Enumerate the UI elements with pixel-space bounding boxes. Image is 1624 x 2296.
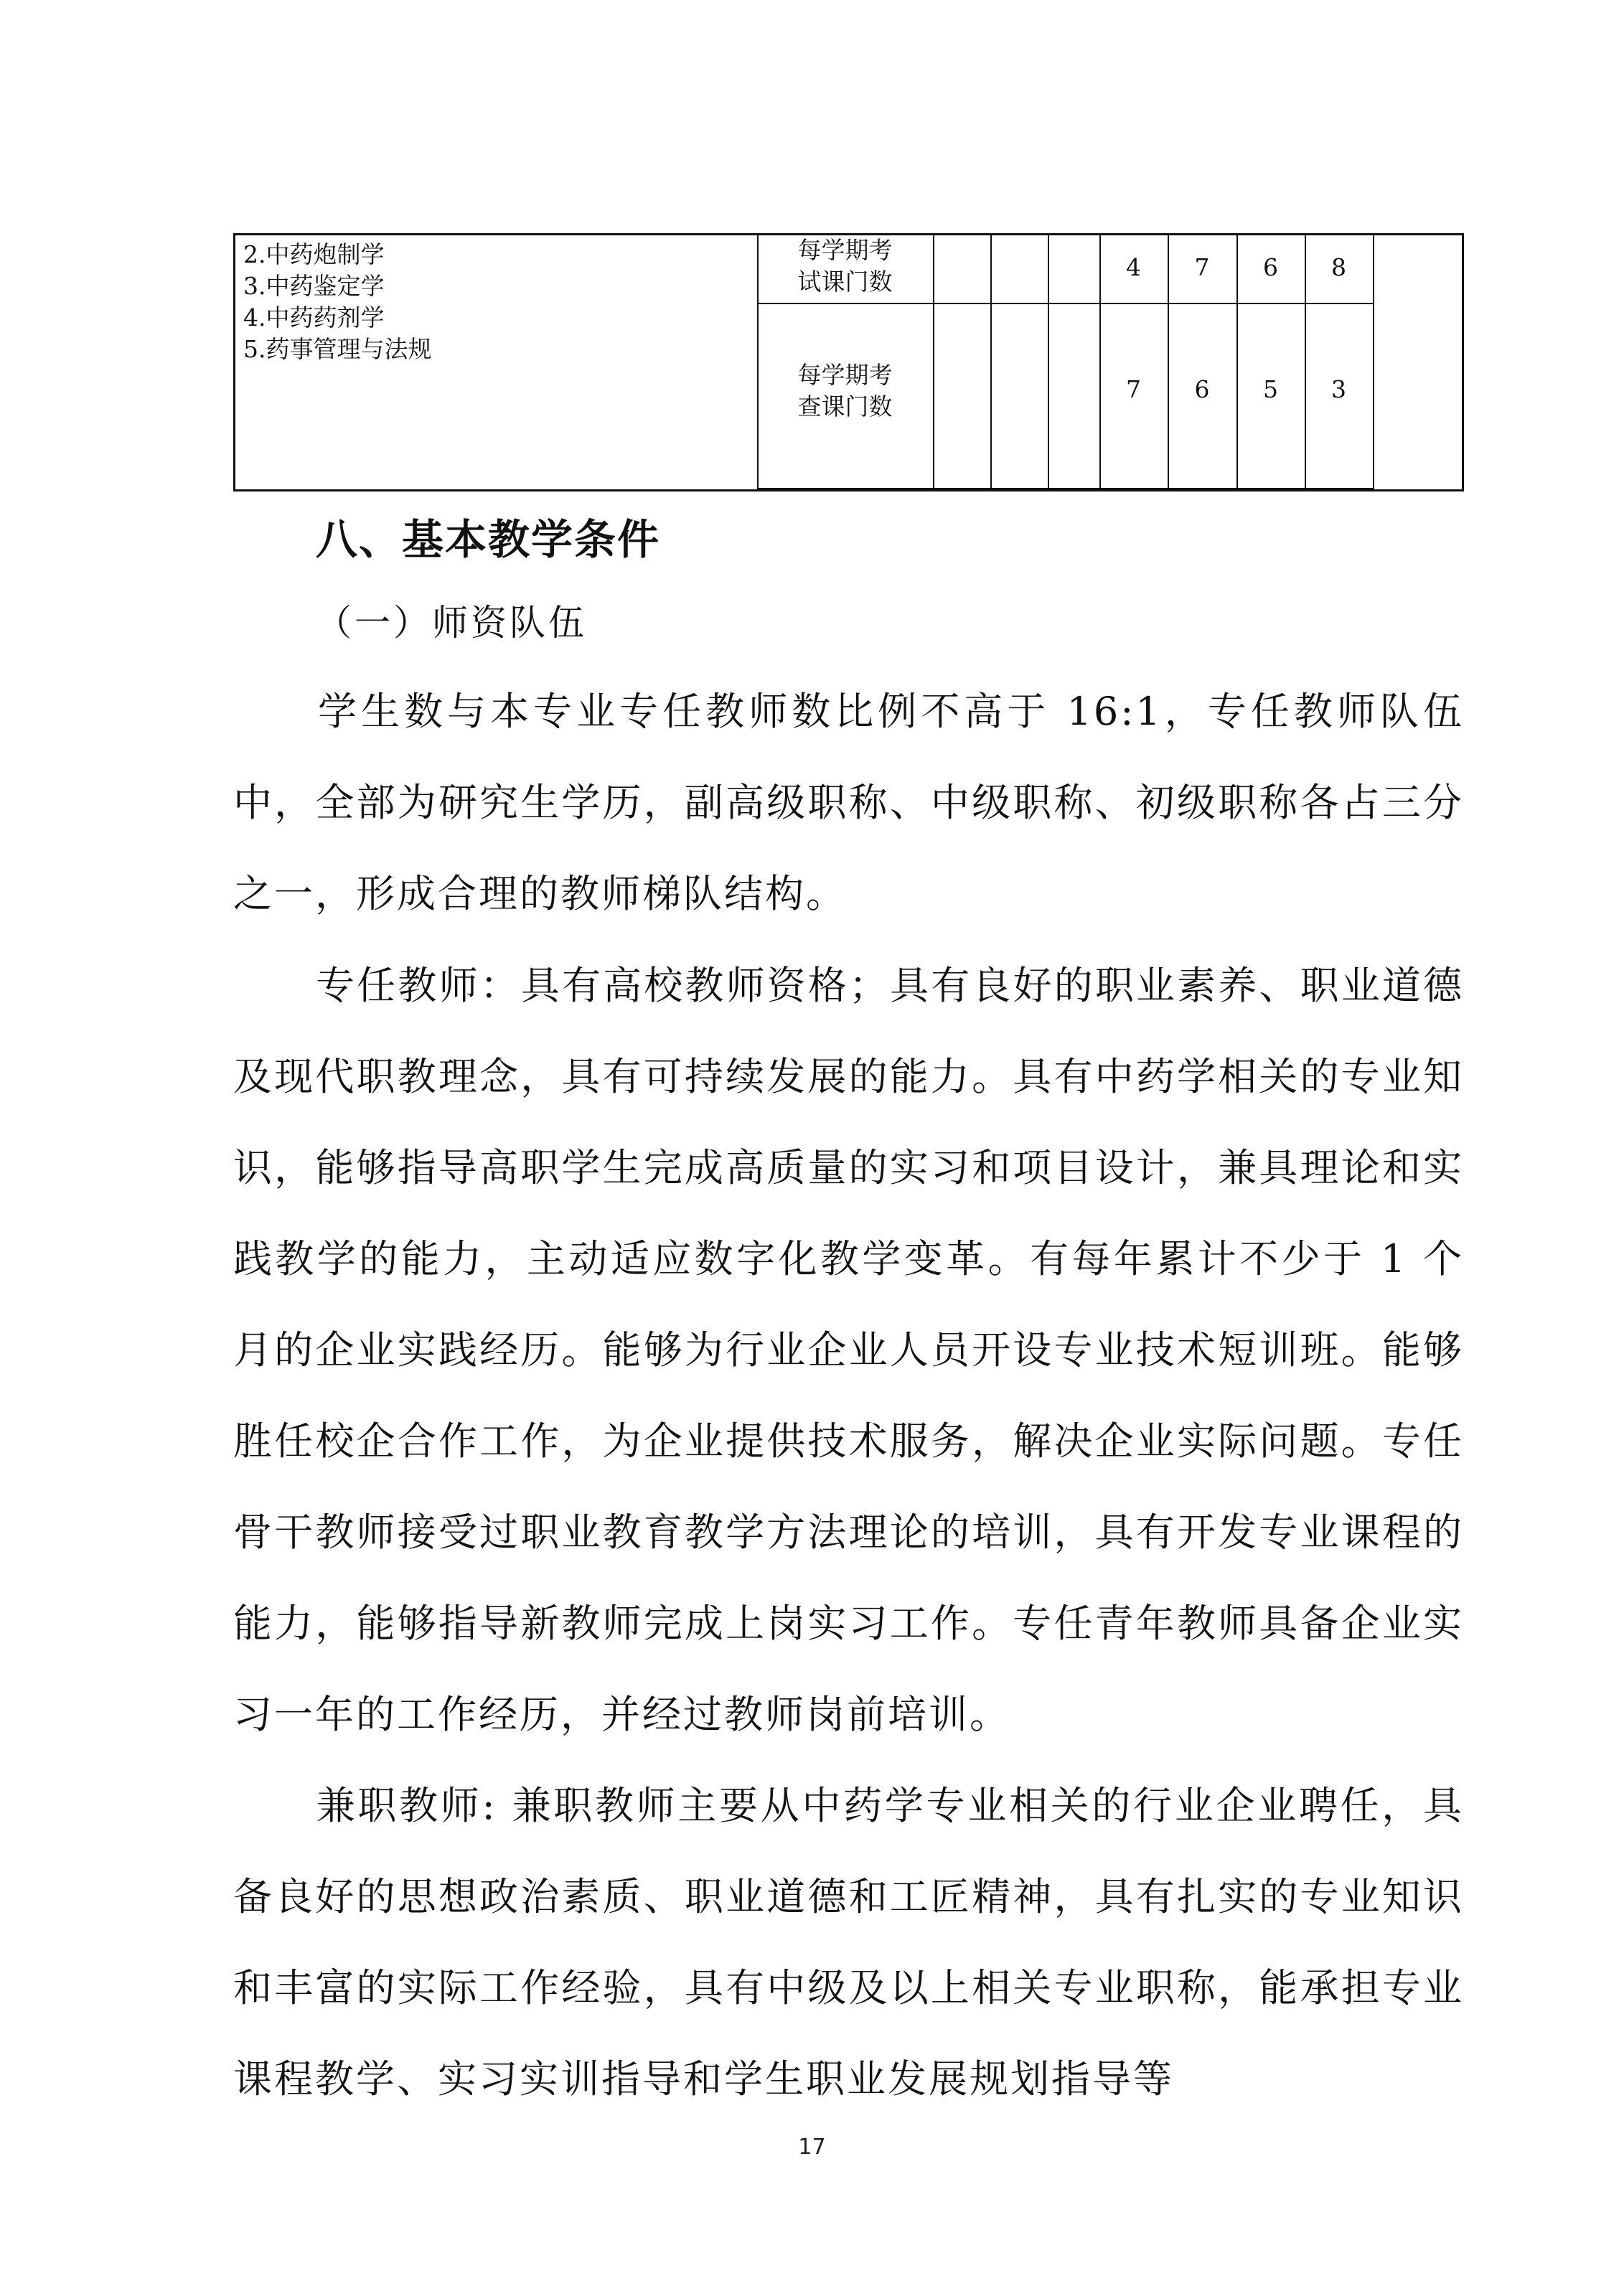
- course-item: 4.中药药剂学: [243, 302, 432, 334]
- section-heading: 八、基本教学条件: [316, 506, 660, 566]
- paragraph-full-time-teachers: 专任教师：具有高校教师资格；具有良好的职业素养、职业道德及现代职教理念，具有可持…: [233, 940, 1464, 1760]
- subsection-heading: （一）师资队伍: [316, 594, 587, 646]
- page-number: 17: [0, 2135, 1624, 2160]
- column-divider: [933, 233, 934, 491]
- table-cell: 8: [1305, 253, 1373, 281]
- column-divider: [990, 233, 992, 491]
- course-list-cell: 2.中药炮制学3.中药鉴定学4.中药药剂学5.药事管理与法规: [243, 239, 432, 365]
- table-cell: 7: [1099, 375, 1168, 403]
- table-cell: 3: [1305, 375, 1373, 403]
- row-divider: [757, 303, 1374, 304]
- column-divider: [1373, 233, 1374, 491]
- row-bottom-border: [757, 488, 1374, 491]
- course-item: 3.中药鉴定学: [243, 270, 432, 302]
- paragraph-part-time-teachers: 兼职教师: 兼职教师主要从中药学专业相关的行业企业聘任，具备良好的思想政治素质、…: [233, 1760, 1464, 2125]
- table-cell: 4: [1099, 253, 1168, 281]
- course-item: 2.中药炮制学: [243, 239, 432, 270]
- paragraph-teacher-ratio: 学生数与本专业专任教师数比例不高于 16:1，专任教师队伍中，全部为研究生学历，…: [233, 666, 1464, 939]
- table-cell: 6: [1236, 253, 1305, 281]
- row-label-exam-courses: 每学期考 试课门数: [757, 235, 933, 298]
- exam-course-table: 2.中药炮制学3.中药鉴定学4.中药药剂学5.药事管理与法规 每学期考 试课门数…: [233, 233, 1464, 491]
- table-cell: 7: [1168, 253, 1236, 281]
- row-label-assessment-courses: 每学期考 查课门数: [757, 359, 933, 423]
- column-divider: [1048, 233, 1049, 491]
- table-cell: 5: [1236, 375, 1305, 403]
- table-cell: 6: [1168, 375, 1236, 403]
- course-item: 5.药事管理与法规: [243, 334, 432, 365]
